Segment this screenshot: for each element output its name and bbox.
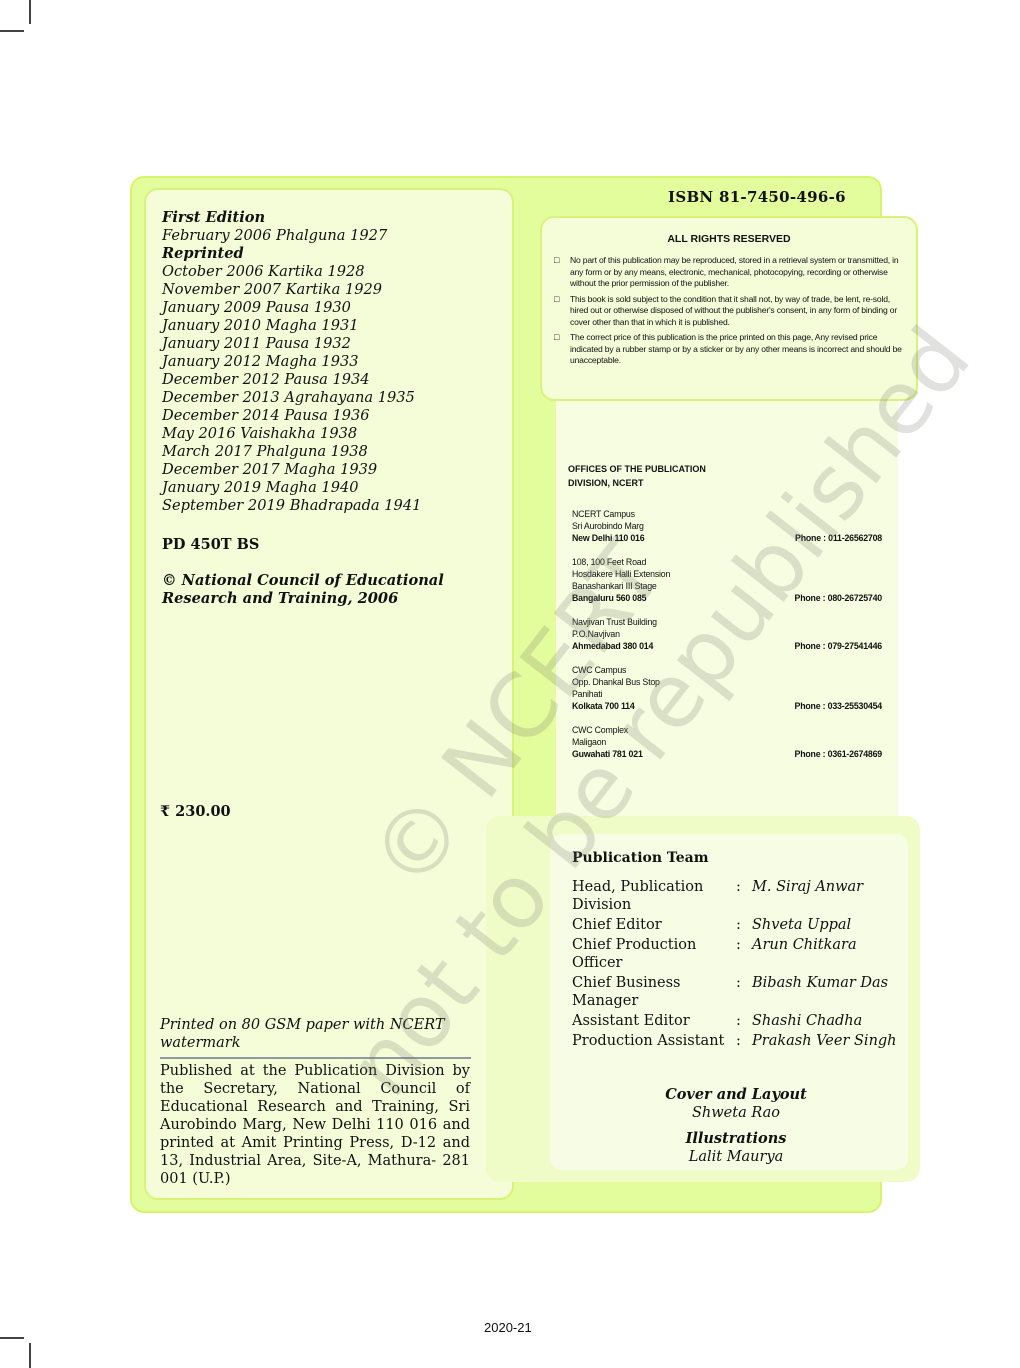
reprint-entry: January 2010 Magha 1931 [162, 317, 421, 335]
first-edition-label: First Edition [162, 209, 421, 227]
office-address-line: Panihati [572, 688, 884, 700]
reprint-entry: November 2007 Kartika 1929 [162, 281, 421, 299]
team-member: Production Assistant:Prakash Veer Singh [572, 1032, 902, 1050]
crop-mark [0, 1337, 24, 1339]
separator: : [736, 878, 752, 914]
offices-title-line: OFFICES OF THE PUBLICATION [568, 462, 706, 476]
team-role: Chief Business Manager [572, 974, 736, 1010]
office-address-line: CWC Complex [572, 724, 884, 736]
office-phone: Phone : 080-26725740 [795, 592, 882, 604]
office-address-line: CWC Campus [572, 664, 884, 676]
crop-mark [29, 0, 31, 24]
team-name: Shveta Uppal [752, 916, 851, 934]
rights-item: □This book is sold subject to the condit… [554, 294, 906, 329]
rights-text: This book is sold subject to the conditi… [570, 294, 906, 329]
cover-label: Cover and Layout [550, 1086, 922, 1104]
office-entry: NCERT CampusSri Aurobindo MargNew Delhi … [572, 508, 884, 544]
team-role: Chief Production Officer [572, 936, 736, 972]
team-role: Head, Publication Division [572, 878, 736, 914]
team-member: Head, Publication Division:M. Siraj Anwa… [572, 878, 902, 914]
office-phone: Phone : 079-27541446 [795, 640, 882, 652]
team-title: Publication Team [572, 850, 709, 866]
crop-mark [0, 30, 24, 32]
team-role: Production Assistant [572, 1032, 736, 1050]
copyright-line: © National Council of Educational [162, 572, 444, 590]
reprint-entry: January 2019 Magha 1940 [162, 479, 421, 497]
first-edition-date: February 2006 Phalguna 1927 [162, 227, 421, 245]
reprint-entry: May 2016 Vaishakha 1938 [162, 425, 421, 443]
office-address-line: Hosdakere Halli Extension [572, 568, 884, 580]
team-list: Head, Publication Division:M. Siraj Anwa… [572, 878, 902, 1052]
illustrations-name: Lalit Maurya [550, 1148, 922, 1166]
reprint-entry: January 2009 Pausa 1930 [162, 299, 421, 317]
edition-history: First Edition February 2006 Phalguna 192… [162, 209, 421, 515]
team-role: Chief Editor [572, 916, 736, 934]
offices-title: OFFICES OF THE PUBLICATION DIVISION, NCE… [568, 462, 706, 490]
team-role: Assistant Editor [572, 1012, 736, 1030]
paper-note: Printed on 80 GSM paper with NCERT water… [160, 1016, 470, 1052]
office-entry: Navjivan Trust BuildingP.O.NavjivanAhmed… [572, 616, 884, 652]
crop-mark [29, 1343, 31, 1368]
team-name: Prakash Veer Singh [752, 1032, 897, 1050]
separator: : [736, 916, 752, 934]
office-address-line: P.O.Navjivan [572, 628, 884, 640]
offices-title-line: DIVISION, NCERT [568, 476, 706, 490]
reprint-entry: December 2013 Agrahayana 1935 [162, 389, 421, 407]
reprint-entry: January 2011 Pausa 1932 [162, 335, 421, 353]
publisher-note: Published at the Publication Division by… [160, 1062, 470, 1188]
office-address-line: Maligaon [572, 736, 884, 748]
divider [160, 1057, 471, 1059]
copyright-notice: © National Council of Educational Resear… [162, 572, 444, 608]
team-member: Chief Production Officer:Arun Chitkara [572, 936, 902, 972]
checkbox-bullet-icon: □ [554, 255, 570, 290]
reprint-entry: March 2017 Phalguna 1938 [162, 443, 421, 461]
cover-credit: Cover and Layout Shweta Rao [550, 1086, 922, 1122]
office-phone: Phone : 0361-2674869 [795, 748, 882, 760]
office-phone: Phone : 011-26562708 [795, 532, 882, 544]
reprint-entry: December 2014 Pausa 1936 [162, 407, 421, 425]
rights-list: □No part of this publication may be repr… [554, 255, 906, 371]
team-name: Shashi Chadha [752, 1012, 862, 1030]
office-address-line: 108, 100 Feet Road [572, 556, 884, 568]
separator: : [736, 974, 752, 1010]
footer-year: 2020-21 [484, 1320, 532, 1335]
checkbox-bullet-icon: □ [554, 294, 570, 329]
rights-item: □No part of this publication may be repr… [554, 255, 906, 290]
team-member: Chief Business Manager:Bibash Kumar Das [572, 974, 902, 1010]
team-member: Chief Editor:Shveta Uppal [572, 916, 902, 934]
office-address-line: Opp. Dhankal Bus Stop [572, 676, 884, 688]
price: ₹ 230.00 [160, 803, 231, 820]
office-address-line: Navjivan Trust Building [572, 616, 884, 628]
isbn: ISBN 81-7450-496-6 [668, 188, 846, 206]
pd-code: PD 450T BS [162, 536, 259, 553]
office-address-line: Banashankari III Stage [572, 580, 884, 592]
illustrations-credit: Illustrations Lalit Maurya [550, 1130, 922, 1166]
reprinted-label: Reprinted [162, 245, 421, 263]
rights-item: □The correct price of this publication i… [554, 332, 906, 367]
reprint-entry: December 2017 Magha 1939 [162, 461, 421, 479]
reprint-entry: October 2006 Kartika 1928 [162, 263, 421, 281]
rights-text: No part of this publication may be repro… [570, 255, 906, 290]
office-address-line: Sri Aurobindo Marg [572, 520, 884, 532]
rights-text: The correct price of this publication is… [570, 332, 906, 367]
rights-title: ALL RIGHTS RESERVED [540, 233, 918, 245]
checkbox-bullet-icon: □ [554, 332, 570, 367]
office-entry: 108, 100 Feet RoadHosdakere Halli Extens… [572, 556, 884, 604]
team-name: Bibash Kumar Das [752, 974, 888, 1010]
illustrations-label: Illustrations [550, 1130, 922, 1148]
team-name: M. Siraj Anwar [752, 878, 863, 914]
office-phone: Phone : 033-25530454 [795, 700, 882, 712]
office-address-line: NCERT Campus [572, 508, 884, 520]
copyright-line: Research and Training, 2006 [162, 590, 444, 608]
team-name: Arun Chitkara [752, 936, 857, 972]
office-entry: CWC ComplexMaligaonGuwahati 781 021Phone… [572, 724, 884, 760]
reprint-entry: December 2012 Pausa 1934 [162, 371, 421, 389]
reprint-entry: January 2012 Magha 1933 [162, 353, 421, 371]
cover-name: Shweta Rao [550, 1104, 922, 1122]
separator: : [736, 936, 752, 972]
office-entry: CWC CampusOpp. Dhankal Bus StopPanihatiK… [572, 664, 884, 712]
reprint-entry: September 2019 Bhadrapada 1941 [162, 497, 421, 515]
separator: : [736, 1012, 752, 1030]
separator: : [736, 1032, 752, 1050]
team-member: Assistant Editor:Shashi Chadha [572, 1012, 902, 1030]
